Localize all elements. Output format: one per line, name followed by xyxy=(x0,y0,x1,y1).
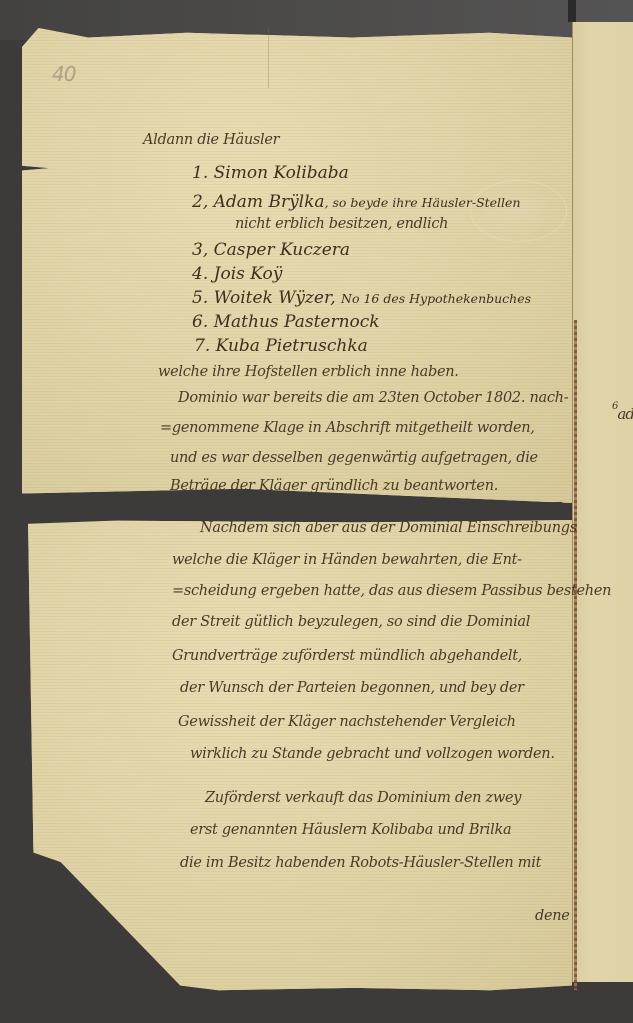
list-name: Mathus Pasternock xyxy=(214,312,380,332)
paragraph-line: welche die Kläger in Händen bewahrten, d… xyxy=(172,552,522,568)
page-number: 40 xyxy=(52,62,75,86)
list-item-3: 3, Casper Kuczera xyxy=(192,240,350,260)
paragraph-line: Zuförderst verkauft das Dominium den zwe… xyxy=(205,790,521,806)
list-item-4: 4. Jois Koÿ xyxy=(192,264,282,284)
binding-thread xyxy=(574,320,577,990)
paragraph-line: Grundverträge zuförderst mündlich abgeha… xyxy=(172,648,522,664)
paragraph-line: und es war desselben gegenwärtig aufgetr… xyxy=(170,450,538,466)
paragraph-line: Nachdem sich aber aus der Dominial Einsc… xyxy=(200,520,577,536)
list-name: Casper Kuczera xyxy=(214,240,350,260)
list-item-2-continuation: nicht erblich besitzen, endlich xyxy=(235,216,448,232)
marginal-note-text: ad xyxy=(617,405,633,423)
catchword: dene xyxy=(535,908,570,924)
binding-strip xyxy=(568,0,576,22)
list-name: Adam Brÿlka xyxy=(214,192,325,212)
paragraph-line: der Wunsch der Parteien begonnen, und be… xyxy=(180,680,524,696)
list-item-6: 6. Mathus Pasternock xyxy=(192,312,380,332)
paper-crease xyxy=(268,28,269,88)
list-item-5: 5. Woitek Wÿzer, No 16 des Hypothekenbuc… xyxy=(192,288,531,308)
paragraph-line: =genommene Klage in Abschrift mitgetheil… xyxy=(160,420,535,436)
heading: Aldann die Häusler xyxy=(143,132,279,148)
marginal-note-right: 6ad xyxy=(612,405,633,423)
list-note: No 16 des Hypothekenbuches xyxy=(341,291,531,306)
binding-fold-line xyxy=(572,22,573,982)
paragraph-line: die im Besitz habenden Robots-Häusler-St… xyxy=(180,855,541,871)
list-name: Simon Kolibaba xyxy=(214,163,349,183)
paragraph-line: welche ihre Hofstellen erblich inne habe… xyxy=(158,364,459,380)
list-item-1: 1. Simon Kolibaba xyxy=(192,163,349,183)
scan-background-top xyxy=(0,0,633,40)
list-num: 7. xyxy=(194,336,210,356)
paragraph-line: Gewissheit der Kläger nachstehender Verg… xyxy=(178,714,516,730)
list-item-7: 7. Kuba Pietruschka xyxy=(194,336,368,356)
paragraph-line: =scheidung ergeben hatte, das aus diesem… xyxy=(172,583,611,599)
list-num: 4. xyxy=(192,264,208,284)
marginal-superscript: 6 xyxy=(612,401,617,412)
list-name: Kuba Pietruschka xyxy=(216,336,368,356)
list-num: 5. xyxy=(192,288,208,308)
list-note: , so beyde ihre Häusler-Stellen xyxy=(325,195,521,210)
facing-page-right xyxy=(572,22,633,982)
paragraph-line: Dominio war bereits die am 23ten October… xyxy=(178,390,568,406)
list-num: 6. xyxy=(192,312,208,332)
paragraph-line: der Streit gütlich beyzulegen, so sind d… xyxy=(172,614,530,630)
paragraph-line: wirklich zu Stande gebracht und vollzoge… xyxy=(190,746,555,762)
list-num: 2, xyxy=(192,192,208,212)
list-item-2: 2, Adam Brÿlka, so beyde ihre Häusler-St… xyxy=(192,192,521,212)
list-num: 1. xyxy=(192,163,208,183)
list-name: Woitek Wÿzer, xyxy=(214,288,336,308)
list-num: 3, xyxy=(192,240,208,260)
paragraph-line: erst genannten Häuslern Kolibaba und Bri… xyxy=(190,822,511,838)
list-name: Jois Koÿ xyxy=(214,264,283,284)
paragraph-line: Beträge der Kläger gründlich zu beantwor… xyxy=(170,478,498,494)
